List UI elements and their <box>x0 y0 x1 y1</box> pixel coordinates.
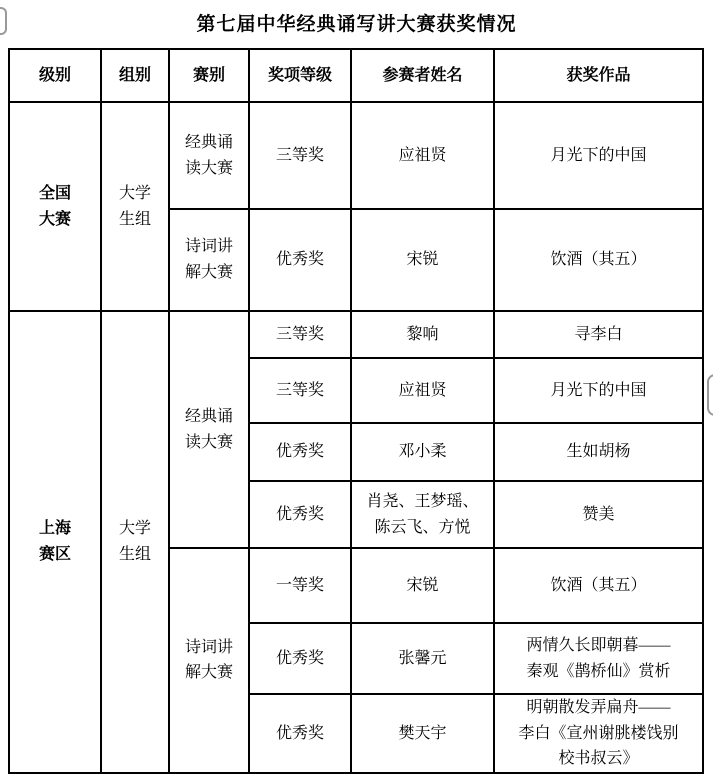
cell-award: 三等奖 <box>249 102 351 209</box>
cell-award: 优秀奖 <box>249 623 351 694</box>
page-title: 第七届中华经典诵写讲大赛获奖情况 <box>0 9 713 36</box>
col-header-work: 获奖作品 <box>494 49 703 102</box>
table-row: 上海 赛区 大学 生组 经典诵 读大赛 三等奖 黎响 寻李白 <box>9 311 703 358</box>
cell-work: 生如胡杨 <box>494 423 703 481</box>
cell-award: 优秀奖 <box>249 423 351 481</box>
cell-participant: 宋锐 <box>351 209 494 311</box>
cell-participant: 宋锐 <box>351 548 494 623</box>
cell-work: 赞美 <box>494 481 703 548</box>
cell-competition-poetry: 诗词讲 解大赛 <box>169 209 249 311</box>
cell-work: 明朝散发弄扁舟—— 李白《宣州谢朓楼饯别 校书叔云》 <box>494 694 703 773</box>
cell-award: 优秀奖 <box>249 209 351 311</box>
cell-participant: 应祖贤 <box>351 102 494 209</box>
cell-competition-recitation: 经典诵 读大赛 <box>169 311 249 548</box>
cell-participant: 张馨元 <box>351 623 494 694</box>
cell-award: 三等奖 <box>249 358 351 423</box>
cell-participant: 黎响 <box>351 311 494 358</box>
cell-competition-recitation: 经典诵 读大赛 <box>169 102 249 209</box>
cell-participant: 应祖贤 <box>351 358 494 423</box>
scrollbar-fragment-left[interactable] <box>0 7 7 35</box>
cell-level-shanghai: 上海 赛区 <box>9 311 101 773</box>
cell-group-national: 大学 生组 <box>101 102 169 311</box>
cell-award: 优秀奖 <box>249 481 351 548</box>
awards-table: 级别 组别 赛别 奖项等级 参赛者姓名 获奖作品 全国 大赛 大学 生组 经典诵… <box>8 48 704 774</box>
cell-competition-poetry: 诗词讲 解大赛 <box>169 548 249 773</box>
col-header-group: 组别 <box>101 49 169 102</box>
col-header-award: 奖项等级 <box>249 49 351 102</box>
table-row: 全国 大赛 大学 生组 经典诵 读大赛 三等奖 应祖贤 月光下的中国 <box>9 102 703 209</box>
cell-award: 一等奖 <box>249 548 351 623</box>
col-header-participant: 参赛者姓名 <box>351 49 494 102</box>
cell-work: 两情久长即朝暮—— 秦观《鹊桥仙》赏析 <box>494 623 703 694</box>
scrollbar-fragment-right[interactable] <box>707 374 713 416</box>
cell-work: 饮酒（其五） <box>494 548 703 623</box>
cell-participant: 邓小柔 <box>351 423 494 481</box>
cell-work: 月光下的中国 <box>494 358 703 423</box>
header-row: 级别 组别 赛别 奖项等级 参赛者姓名 获奖作品 <box>9 49 703 102</box>
cell-level-national: 全国 大赛 <box>9 102 101 311</box>
cell-work: 月光下的中国 <box>494 102 703 209</box>
cell-work: 寻李白 <box>494 311 703 358</box>
col-header-competition: 赛别 <box>169 49 249 102</box>
cell-work: 饮酒（其五） <box>494 209 703 311</box>
col-header-level: 级别 <box>9 49 101 102</box>
cell-award: 优秀奖 <box>249 694 351 773</box>
cell-participant: 肖尧、王梦瑶、 陈云飞、方悦 <box>351 481 494 548</box>
cell-award: 三等奖 <box>249 311 351 358</box>
cell-participant: 樊天宇 <box>351 694 494 773</box>
cell-group-shanghai: 大学 生组 <box>101 311 169 773</box>
